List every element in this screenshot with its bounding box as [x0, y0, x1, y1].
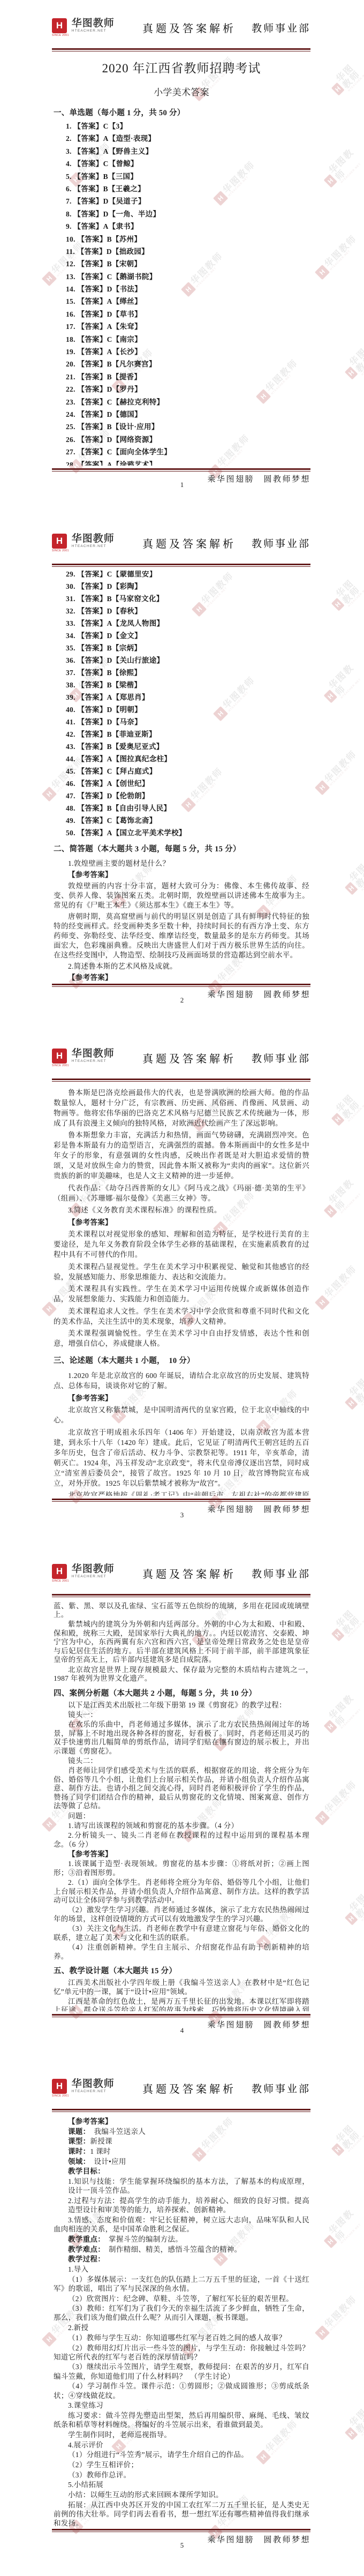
- huatu-logo-icon: H: [315, 1810, 330, 1825]
- huatu-logo-icon: H: [315, 265, 330, 280]
- text-line: 2.简述鲁本斯的艺术风格及成就。: [54, 962, 309, 971]
- paragraph: （3）教师：红军们为了我们今天的幸福生活流了多少鲜血，牺牲了生命，那么，我们该为…: [54, 2304, 309, 2322]
- brand-name: 华图教师: [72, 2079, 115, 2090]
- paragraph: 美术课程追求人文性。学生在美术学习中学会欣赏和尊重不同时代和文化的美术作品，关注…: [54, 1306, 309, 1327]
- answer-item: 6. 【答案】B【王羲之】: [54, 185, 309, 193]
- answer-item: 47. 【答案】D【伦勃朗】: [54, 792, 309, 800]
- field-line: 课题： 我编斗笠送亲人: [54, 2127, 309, 2136]
- field-label: 课型：: [68, 2137, 90, 2145]
- paragraph: （4）学习制作斗笠。课件示范：①剪圆形；②做成圆锥形；③剪成纸条状；④穿线做花纹…: [54, 2382, 309, 2400]
- paragraph: （1）多媒体展示：一支红色的队伍踏上二万五千里的征途，一首《十送红军》的歌谣，唱…: [54, 2275, 309, 2293]
- huatu-logo-icon: H: [315, 780, 330, 795]
- brand-name: 华图教师: [72, 534, 115, 544]
- watermark-subtext: HTEACHER.NET: [347, 69, 364, 92]
- paragraph: 以下是江西美术出版社二年级下册第 19 课《剪窗花》的教学过程：: [54, 1701, 309, 1710]
- brand-domain: HTEACHER.NET: [72, 1575, 115, 1578]
- page-content: 蓝、紫、黑、翠以及孔雀绿、宝石蓝等五色缤纷的琉璃，多用在花园或琉璃壁上。紫禁城内…: [54, 1601, 309, 2011]
- logo-since-text: SINCE 2001: [52, 2094, 69, 2098]
- doc-title: 2020 年江西省教师招聘考试: [54, 58, 309, 76]
- watermark-stamp: H华图教师HTEACHER.NET: [328, 1087, 364, 1130]
- answer-item: 16. 【答案】D【草书】: [54, 311, 309, 318]
- field-label: 教学过程：: [68, 2255, 105, 2263]
- watermark-text: 华图教师: [323, 2294, 358, 2330]
- page-3: H华图教师HTEACHER.NETH华图教师HTEACHER.NETH华图教师H…: [0, 1030, 364, 1545]
- answer-item: 12. 【答案】B【宋朝】: [54, 260, 309, 268]
- field-line: 领域： 设计•应用: [54, 2157, 309, 2166]
- brand-name: 华图教师: [72, 1049, 115, 1059]
- paragraph: （3）继续出示斗笠图片，请学生观察，教师提问：在艰苦的岁月，红军自编斗笠戴，你知…: [54, 2362, 309, 2380]
- page-content: 29. 【答案】C【蒙德里安】30. 【答案】D【彩陶】31. 【答案】B【马家…: [54, 571, 309, 981]
- huatu-logo: HSINCE 2001华图教师HTEACHER.NET: [52, 2079, 127, 2098]
- answer-item: 11. 【答案】D【拙政园】: [54, 248, 309, 256]
- huatu-logo-icon: H: [52, 1049, 67, 1064]
- field-label: 领域：: [68, 2158, 87, 2166]
- page-1: H华图教师HTEACHER.NETH华图教师HTEACHER.NETH华图教师H…: [0, 0, 364, 515]
- answer-item: 29. 【答案】C【蒙德里安】: [54, 571, 309, 578]
- answer-item: 39. 【答案】A【郑思肖】: [54, 694, 309, 701]
- text-line: （2）学生互相评价；: [54, 2460, 309, 2469]
- watermark-stamp: H华图教师HTEACHER.NET: [320, 1691, 364, 1737]
- text-line: （1）教师与学生互动：你知道哪些红军与老百姓之间的感人故事？: [54, 2333, 309, 2342]
- paragraph-continuation: 蓝、紫、黑、翠以及孔雀绿、宝石蓝等五色缤纷的琉璃，多用在花园或琉璃壁上。: [54, 1602, 309, 1620]
- answer-item: 35. 【答案】B【宗炳】: [54, 645, 309, 652]
- watermark-subtext: HTEACHER.NET: [347, 1099, 364, 1123]
- answer-item: 33. 【答案】A【龙凤人物图】: [54, 620, 309, 627]
- huatu-logo: HSINCE 2001华图教师HTEACHER.NET: [52, 1564, 127, 1583]
- answer-item: 50. 【答案】A【国立北平美术学校】: [54, 829, 309, 837]
- huatu-logo-icon: H: [324, 690, 337, 703]
- page-content: 2020 年江西省教师招聘考试小学美术答案一、单选题（每小题 1 分，共 50 …: [54, 55, 309, 466]
- paragraph: 在欢乐的乐曲中，肖老师通过多媒体，演示了北方农民热热闹闹过年的场景，屏幕上不时地…: [54, 1720, 309, 1756]
- answer-item: 14. 【答案】D【书法】: [54, 286, 309, 293]
- answer-item: 40. 【答案】D【明朝】: [54, 706, 309, 714]
- paragraph: 北京故宫于明成祖永乐四年（1406 年）开始建设，以南京故宫为蓝本营建，到永乐十…: [54, 1427, 309, 1488]
- watermark-text: 华图教师: [328, 1177, 363, 1212]
- text-line: 3.课堂练习: [54, 2401, 309, 2410]
- paragraph: 3.情感、态度和价值观：牢记长征精神，树立远大志向，品味军队和人民血肉相连的关系…: [54, 2215, 309, 2234]
- text-line: 3.简述《义务教育美术课程标准》的课程性质。: [54, 1205, 309, 1215]
- watermark-stamp: H华图教师HTEACHER.NET: [341, 855, 364, 898]
- answer-item: 18. 【答案】C【南宗】: [54, 336, 309, 343]
- answer-item: 25. 【答案】B【设计·应用】: [54, 423, 309, 431]
- huatu-logo-icon: H: [331, 83, 345, 96]
- huatu-logo-icon: H: [331, 1113, 345, 1126]
- brand-domain: HTEACHER.NET: [72, 29, 115, 33]
- text-line: 1.请写出该课程的领域和剪窗花的基本步骤。（4 分）: [54, 1822, 309, 1831]
- page-header: HSINCE 2001华图教师HTEACHER.NET真题及答案解析教师事业部: [52, 1564, 310, 1583]
- text-line: 1.导入: [54, 2265, 309, 2274]
- objective-item: 2.过程与方法：提高学生的动手能力，培养耐心、细致的良好习惯。提高造型设计和审美…: [68, 2196, 309, 2214]
- huatu-logo-icon: H: [324, 1204, 337, 1218]
- page-number: 1: [0, 481, 364, 489]
- watermark-text: 华图教师: [335, 571, 364, 605]
- paragraph: 拓展：从江西中央苏区开发的中国工农红军二万五千里长征，是人类史无前例的伟大壮举。…: [54, 2500, 309, 2527]
- watermark-text: 华图教师: [328, 1691, 363, 1727]
- paragraph: 鲁本斯想象力丰富，充满活力和热情，画面气势磅礴，充满剧烈冲突。色彩是鲁本斯最有力…: [54, 1130, 309, 1181]
- watermark-subtext: HTEACHER.NET: [340, 159, 364, 184]
- huatu-logo-icon: H: [315, 2325, 330, 2340]
- brand-domain: HTEACHER.NET: [72, 544, 115, 548]
- answer-item: 21. 【答案】B【提香】: [54, 373, 309, 381]
- watermark-stamp: H华图教师HTEACHER.NET: [314, 749, 361, 796]
- watermark-subtext: HTEACHER.NET: [340, 1189, 364, 1215]
- section-heading: 五、教学设计题（本大题共 15 分）: [54, 1965, 309, 1976]
- answer-item: 36. 【答案】D【关山行旅途】: [54, 657, 309, 664]
- answer-item: 1. 【答案】C【3】: [54, 123, 309, 130]
- answer-item: 44. 【答案】A【图拉真纪念柱】: [54, 755, 309, 763]
- huatu-logo-icon: H: [52, 18, 67, 33]
- watermark-subtext: HTEACHER.NET: [330, 2301, 361, 2332]
- text-line: 镜头二：: [54, 1757, 309, 1766]
- reference-answer-label: 【参考答案】: [54, 2117, 309, 2126]
- text-line: 学生制作同时，老师巡视指导。: [54, 2430, 309, 2439]
- footer-divider: [52, 2529, 310, 2532]
- watermark-subtext: HTEACHER.NET: [330, 1270, 361, 1301]
- paragraph: 美术课程以对视觉形象的感知、理解和创造为特征，是学校进行美育的主要途径，是九年义…: [54, 1229, 309, 1260]
- brand-domain: HTEACHER.NET: [72, 1059, 115, 1063]
- watermark-text: 华图教师: [328, 146, 363, 182]
- section-heading: 四、案例分析题（本大题共 2 小题，每题 5 分，共 10 分）: [54, 1687, 309, 1698]
- watermark-text: 华图教师: [348, 1371, 364, 1405]
- answer-item: 49. 【答案】C【葛饰北斋】: [54, 817, 309, 825]
- watermark-subtext: HTEACHER.NET: [340, 674, 364, 699]
- huatu-logo-icon: H: [345, 1397, 358, 1410]
- answer-item: 38. 【答案】B【梁楷】: [54, 682, 309, 689]
- watermark-stamp: H华图教师HTEACHER.NET: [320, 1177, 364, 1222]
- watermark-text: 华图教师: [348, 2401, 364, 2435]
- watermark-stamp: H华图教师HTEACHER.NET: [314, 1779, 361, 1826]
- answer-item: 20. 【答案】B【凡尔赛宫】: [54, 361, 309, 368]
- text-line: 镜头一：: [54, 1711, 309, 1720]
- answer-item: 4. 【答案】C【曾鲸】: [54, 160, 309, 168]
- header-right-title: 教师事业部: [252, 536, 310, 550]
- watermark-subtext: HTEACHER.NET: [340, 2220, 364, 2245]
- huatu-logo-icon: H: [345, 2427, 358, 2440]
- logo-since-text: SINCE 2001: [52, 34, 69, 37]
- huatu-logo-icon: H: [52, 534, 67, 549]
- field-label: 教学难点：: [68, 2245, 101, 2253]
- answer-item: 31. 【答案】B【马家窑文化】: [54, 595, 309, 603]
- huatu-logo-icon: H: [345, 1912, 358, 1926]
- answer-item: 48. 【答案】B【自由引导人民】: [54, 805, 309, 812]
- section-heading: 一、单选题（每小题 1 分，共 50 分）: [54, 107, 309, 118]
- huatu-logo-icon: H: [324, 174, 337, 188]
- header-divider: [52, 1079, 310, 1082]
- footer-divider: [52, 1499, 310, 1502]
- page-number: 2: [0, 996, 364, 1005]
- watermark-text: 华图教师: [335, 56, 364, 90]
- answer-item: 10. 【答案】B【苏州】: [54, 236, 309, 243]
- watermark-stamp: H华图教师HTEACHER.NET: [328, 1601, 364, 1645]
- header-divider: [52, 48, 310, 51]
- answer-item: 5. 【答案】B【三国】: [54, 173, 309, 181]
- watermark-subtext: HTEACHER.NET: [330, 1786, 361, 1817]
- field-label: 教学目标：: [68, 2167, 105, 2175]
- watermark-stamp: H华图教师HTEACHER.NET: [341, 1371, 364, 1414]
- watermark-text: 华图教师: [335, 1601, 364, 1636]
- watermark-stamp: H华图教师HTEACHER.NET: [314, 2294, 361, 2341]
- page-number: 3: [0, 1511, 364, 1519]
- huatu-logo-icon: H: [345, 882, 358, 895]
- watermark-text: 华图教师: [323, 234, 358, 269]
- brand-name: 华图教师: [72, 1564, 115, 1575]
- answer-item: 34. 【答案】D【金文】: [54, 632, 309, 640]
- answer-item: 2. 【答案】A【造型·表现】: [54, 135, 309, 143]
- text-line: 2.新授: [54, 2323, 309, 2332]
- paragraph: 美术课程凸显视觉性。学生在美术学习中积累视觉、触觉和其他感官的经验，发展感知能力…: [54, 1262, 309, 1282]
- answer-item: 13. 【答案】C【鹅湖书院】: [54, 273, 309, 281]
- page-content: 【参考答案】课题： 我编斗笠送亲人课型：新授课课时：1 课时领域： 设计•应用教…: [54, 2116, 309, 2526]
- paragraph: 2.（1）面向全体学生。肖老师将全班分为年俗、婚俗等几个小组，让他们上台展示相关…: [54, 1878, 309, 1905]
- paragraph: 紫禁城内的建筑分为外朝和内廷两部分。外朝的中心为太和殿、中和殿、保和殿，统称三大…: [54, 1620, 309, 1665]
- answer-item: 8. 【答案】D【一角、半边】: [54, 211, 309, 218]
- header-right-title: 教师事业部: [252, 2081, 310, 2095]
- page-header: HSINCE 2001华图教师HTEACHER.NET真题及答案解析教师事业部: [52, 1049, 310, 1067]
- reference-answer-label: 【参考答案】: [54, 870, 309, 880]
- text-line: 问题：: [54, 1812, 309, 1821]
- footer-divider: [52, 468, 310, 471]
- watermark-text: 华图教师: [328, 661, 363, 697]
- answer-item: 37. 【答案】B【徐熙】: [54, 669, 309, 677]
- header-center-title: 真题及答案解析: [127, 1566, 252, 1581]
- page-header: HSINCE 2001华图教师HTEACHER.NET真题及答案解析教师事业部: [52, 18, 310, 37]
- paragraph: 北京故宫又称紫禁城，是中国明清两代的皇家宫殿，位于北京中轴线的中心。: [54, 1405, 309, 1425]
- watermark-stamp: H华图教师HTEACHER.NET: [341, 2401, 364, 2444]
- page-content: 鲁本斯是巴洛克绘画最伟大的代表，也是誉满欧洲的绘画大师。他的作品数量惊人，题材十…: [54, 1085, 309, 1496]
- paragraph: 北京故宫是世界上现存规模最大、保存最为完整的木质结构古建筑之一， 1987 年被…: [54, 1666, 309, 1683]
- paragraph: 2.分析镜头一、镜头二肖老师在教授课程的过程中运用到的课程基本理念。（6 分）: [54, 1831, 309, 1849]
- answer-item: 22. 【答案】D【罗丹】: [54, 386, 309, 393]
- reference-answer-label: 【参考答案】: [54, 1217, 309, 1227]
- watermark-stamp: H华图教师HTEACHER.NET: [320, 661, 364, 707]
- answer-item: 9. 【答案】A【隶书】: [54, 223, 309, 230]
- watermark-text: 华图教师: [335, 2117, 364, 2151]
- huatu-logo-icon: H: [324, 2235, 337, 2248]
- text-line: 小结：以师生互动的形式来回顾本课所学知识。: [54, 2490, 309, 2499]
- page-header: HSINCE 2001华图教师HTEACHER.NET真题及答案解析教师事业部: [52, 2079, 310, 2098]
- answer-item: 41. 【答案】D【马奈】: [54, 718, 309, 726]
- logo-since-text: SINCE 2001: [52, 1064, 69, 1067]
- watermark-stamp: H华图教师HTEACHER.NET: [341, 340, 364, 383]
- header-right-title: 教师事业部: [252, 20, 310, 35]
- page-4: H华图教师HTEACHER.NETH华图教师HTEACHER.NETH华图教师H…: [0, 1546, 364, 2061]
- answer-item: 15. 【答案】A【缂丝】: [54, 298, 309, 305]
- answer-item: 46. 【答案】A【创世纪】: [54, 780, 309, 788]
- text-line: （2）欣赏图片：纪念碑、草鞋、斗笠等，了解红军长征的艰苦里程。: [54, 2294, 309, 2303]
- answer-item: 3. 【答案】A【野兽主义】: [54, 148, 309, 155]
- watermark-stamp: H华图教师HTEACHER.NET: [320, 2207, 364, 2252]
- watermark-text: 华图教师: [348, 1885, 364, 1920]
- text-line: 5.小结拓展: [54, 2480, 309, 2489]
- paragraph: （2）激发学生学习兴趣。肖老师通过多媒体，演示了北方农民热热闹闹过年的场景，这样…: [54, 1906, 309, 1923]
- paragraph: 北京故宫严格地按《周礼·考工记》中“前朝后市，左祖右社”的帝都营建原则建造。整个…: [54, 1490, 309, 1496]
- text-line: （1）分组进行“斗笠秀”展示，请学生介绍自己的作品。: [54, 2450, 309, 2459]
- watermark-stamp: H华图教师HTEACHER.NET: [328, 2117, 364, 2160]
- field-line: 教学目标：: [54, 2167, 309, 2176]
- answer-item: 17. 【答案】A【朱耷】: [54, 323, 309, 331]
- answer-item: 28. 【答案】A【涂鸦艺术】: [54, 461, 309, 466]
- paragraph: 1.该课属于造型·表现领域。剪窗花的基本步骤：①将纸对折；②画上图形；③沿着图形…: [54, 1860, 309, 1877]
- page-number: 4: [0, 2026, 364, 2035]
- huatu-logo-icon: H: [331, 598, 345, 611]
- paragraph: 肖老师让同学们感受美术与生活的联系，根据窗花的用途，将全班分为年俗、婚俗等几个小…: [54, 1766, 309, 1811]
- header-center-title: 真题及答案解析: [127, 1050, 252, 1066]
- answer-item: 45. 【答案】C【拜占庭式】: [54, 768, 309, 775]
- paragraph: 美术课程具有实践性。学生在美术学习中运用传统媒介或新媒体创造作品，发展想象能力、…: [54, 1284, 309, 1304]
- watermark-text: 华图教师: [323, 1264, 358, 1299]
- huatu-logo: HSINCE 2001华图教师HTEACHER.NET: [52, 18, 127, 37]
- paragraph: 代表作品：《劫夺吕西普斯的女儿》《阿马戎之战》《玛丽·德·美第的生平》（组画）、…: [54, 1183, 309, 1203]
- field-line: 教学难点： 制作精细、精美，感悟斗笠蕴含的精神。: [54, 2245, 309, 2254]
- paragraph: 江西美术出版社小学四年级上册《我编斗笠送亲人》在教材中是“红色记忆”单元中的一课…: [54, 1979, 309, 1996]
- paragraph: 江西是革命的红色故土，是两万五千里长征的出发地。本课以红军即将踏上征途，群众送斗…: [54, 1997, 309, 2011]
- text-line: 1.敦煌壁画主要的题材是什么？: [54, 859, 309, 868]
- answer-item: 30. 【答案】D【彩陶】: [54, 583, 309, 590]
- watermark-stamp: H华图教师HTEACHER.NET: [341, 1885, 364, 1929]
- header-center-title: 真题及答案解析: [127, 2080, 252, 2096]
- field-label: 课题：: [68, 2128, 87, 2136]
- huatu-logo-icon: H: [345, 366, 358, 380]
- section-heading: 二、简答题（本大题共 3 小题，每题 5 分，共 15 分）: [54, 843, 309, 854]
- answer-item: 43. 【答案】B【爱奥尼亚式】: [54, 743, 309, 751]
- header-right-title: 教师事业部: [252, 1051, 310, 1065]
- watermark-stamp: H华图教师HTEACHER.NET: [328, 571, 364, 615]
- field-label: 课时：: [68, 2147, 90, 2155]
- huatu-logo-icon: H: [315, 1295, 330, 1310]
- field-line: 课时：1 课时: [54, 2147, 309, 2156]
- watermark-subtext: HTEACHER.NET: [361, 1898, 364, 1922]
- watermark-subtext: HTEACHER.NET: [347, 2130, 364, 2153]
- header-center-title: 真题及答案解析: [127, 535, 252, 551]
- page-2: H华图教师HTEACHER.NETH华图教师HTEACHER.NETH华图教师H…: [0, 515, 364, 1030]
- paragraph: 鲁本斯是巴洛克绘画最伟大的代表，也是誉满欧洲的绘画大师。他的作品数量惊人，题材十…: [54, 1088, 309, 1128]
- paragraph: （4）注重创新精神。学生自主展示、介绍窗花作品有助于创新精神的培养。: [54, 1943, 309, 1961]
- watermark-subtext: HTEACHER.NET: [340, 1704, 364, 1729]
- watermark-subtext: HTEACHER.NET: [347, 584, 364, 608]
- paragraph: 练习要求：做斗笠得先塑造出型架，然后再用编织带、麻绳、毛线、皱纹纸条和稻草等材料…: [54, 2411, 309, 2429]
- answer-item: 32. 【答案】D【春秋】: [54, 608, 309, 615]
- huatu-logo-icon: H: [52, 2079, 67, 2094]
- paragraph: （2）教师用幻灯片出示一些斗笠的图片，与学生互动：你接触过斗笠吗？知道它所代表的…: [54, 2343, 309, 2362]
- paragraph: （3）关注文化与生活。肖老师在教学中有意建立窗花与年俗、婚俗文化的联系，建立起了…: [54, 1924, 309, 1942]
- page-header: HSINCE 2001华图教师HTEACHER.NET真题及答案解析教师事业部: [52, 534, 310, 552]
- brand-domain: HTEACHER.NET: [72, 2090, 115, 2093]
- answer-item: 24. 【答案】D【德国】: [54, 411, 309, 418]
- text-line: 4.展示评价: [54, 2440, 309, 2450]
- huatu-logo-icon: H: [324, 1720, 337, 1733]
- watermark-stamp: H华图教师HTEACHER.NET: [314, 234, 361, 280]
- watermark-subtext: HTEACHER.NET: [330, 755, 361, 787]
- doc-subtitle: 小学美术答案: [54, 85, 309, 98]
- watermark-stamp: H华图教师HTEACHER.NET: [328, 56, 364, 99]
- reference-answer-label: 【参考答案】: [54, 973, 309, 981]
- logo-since-text: SINCE 2001: [52, 549, 69, 552]
- header-divider: [52, 2109, 310, 2112]
- page-number: 5: [0, 2541, 364, 2550]
- answer-item: 27. 【答案】C【面向全体学生】: [54, 448, 309, 456]
- page-5: H华图教师HTEACHER.NETH华图教师HTEACHER.NETH华图教师H…: [0, 2061, 364, 2575]
- field-line: 教学重点： 掌握斗笠的编制方法。: [54, 2235, 309, 2244]
- answer-item: 7. 【答案】D【吴道子】: [54, 198, 309, 205]
- section-heading: 三、论述题（本大题共 1 小题， 10 分）: [54, 1354, 309, 1366]
- huatu-logo: HSINCE 2001华图教师HTEACHER.NET: [52, 534, 127, 552]
- text-line: （3）教师作总评。: [54, 2470, 309, 2480]
- footer-divider: [52, 2014, 310, 2017]
- header-center-title: 真题及答案解析: [127, 20, 252, 35]
- paragraph: 唐朝时期，莫高窟壁画与前代的明显区别是创造了具有鲜明时代特征的独特的经变画样式。…: [54, 912, 309, 960]
- watermark-subtext: HTEACHER.NET: [361, 1383, 364, 1407]
- paragraph: 敦煌壁画的内容十分丰富，题材大致可分为：佛像、本生佛传故事、经变、供养人像、装饰…: [54, 881, 309, 910]
- footer-divider: [52, 984, 310, 987]
- watermark-text: 华图教师: [323, 749, 358, 784]
- header-divider: [52, 1594, 310, 1597]
- header-divider: [52, 564, 310, 567]
- watermark-stamp: H华图教师HTEACHER.NET: [320, 146, 364, 192]
- field-label: 教学重点：: [68, 2235, 101, 2243]
- reference-answer-label: 【参考答案】: [54, 1393, 309, 1403]
- answer-item: 42. 【答案】B【菲迪亚斯】: [54, 731, 309, 738]
- watermark-subtext: HTEACHER.NET: [330, 240, 361, 271]
- answer-item: 26. 【答案】D【网络资源】: [54, 436, 309, 444]
- watermark-subtext: HTEACHER.NET: [361, 868, 364, 892]
- paragraph: 1.2020 年是北京故宫的 600 年诞辰，请结合北京故宫的历史发展、建筑特点…: [54, 1371, 309, 1391]
- watermark-text: 华图教师: [348, 340, 364, 374]
- watermark-stamp: H华图教师HTEACHER.NET: [314, 1264, 361, 1311]
- watermark-text: 华图教师: [328, 2207, 363, 2243]
- answer-item: 19. 【答案】A【长沙】: [54, 348, 309, 356]
- reference-answer-label: 【参考答案】: [54, 1850, 309, 1859]
- watermark-subtext: HTEACHER.NET: [361, 353, 364, 376]
- huatu-logo: HSINCE 2001华图教师HTEACHER.NET: [52, 1049, 127, 1067]
- objective-item: 1.知识与技能：学生能掌握环绕编织的基本方法，了解基本的构成原理，设计一顶斗笠作…: [68, 2177, 309, 2195]
- logo-since-text: SINCE 2001: [52, 1579, 69, 1583]
- header-right-title: 教师事业部: [252, 1566, 310, 1581]
- huatu-logo-icon: H: [331, 1628, 345, 1642]
- watermark-text: 华图教师: [348, 855, 364, 889]
- paragraph: 美术课程强调愉悦性。学生在美术学习中自由抒发情感，表达个性和创意，增强自信心，养…: [54, 1328, 309, 1349]
- watermark-text: 华图教师: [335, 1087, 364, 1121]
- huatu-logo-icon: H: [331, 2143, 345, 2156]
- field-line: 课型：新授课: [54, 2137, 309, 2146]
- watermark-subtext: HTEACHER.NET: [361, 2414, 364, 2437]
- huatu-logo-icon: H: [52, 1564, 67, 1579]
- watermark-text: 华图教师: [323, 1779, 358, 1815]
- field-line: 教学过程：: [54, 2255, 309, 2264]
- watermark-subtext: HTEACHER.NET: [347, 1614, 364, 1638]
- answer-item: 23. 【答案】C【赫拉克利特】: [54, 399, 309, 406]
- brand-name: 华图教师: [72, 18, 115, 29]
